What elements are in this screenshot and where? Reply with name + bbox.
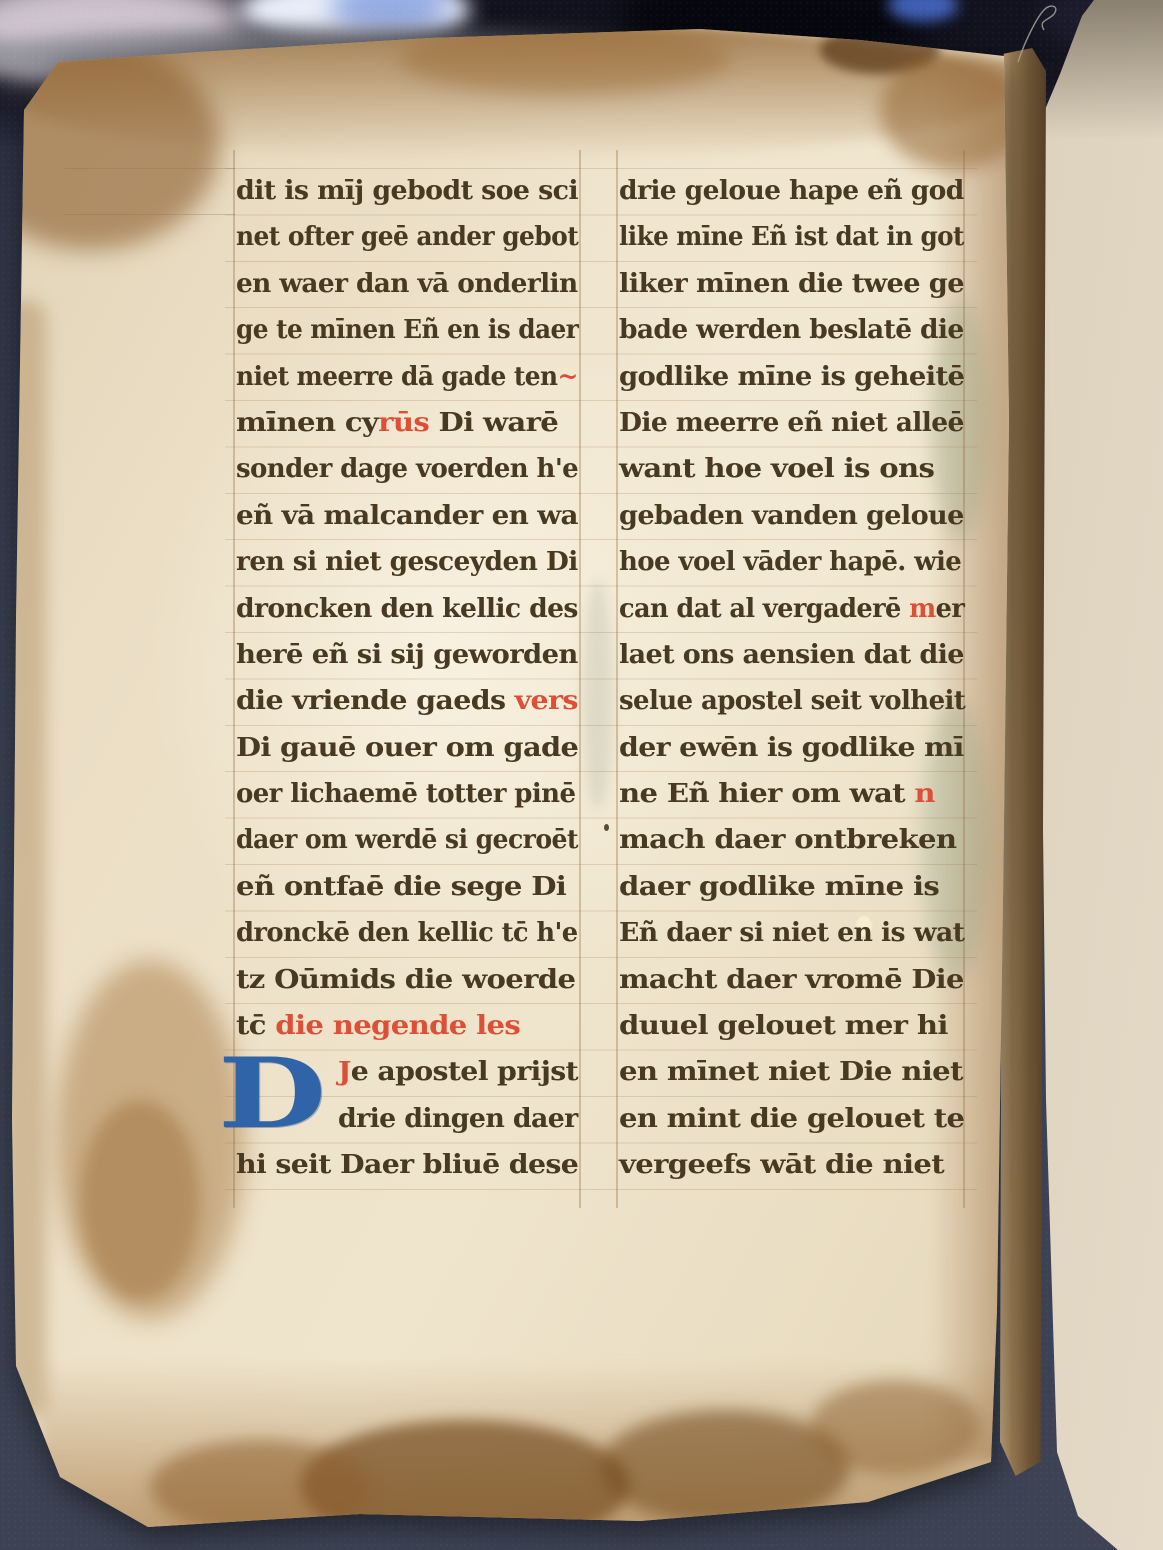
text-line: daer om werdē si gecroēt [236, 817, 578, 863]
text-line: sonder dage voerden h'e [236, 446, 578, 492]
text-line: dit is mīj gebodt soe sci [236, 168, 578, 214]
body-text: bade werden beslatē die [619, 315, 964, 345]
text-line: niet meerre dā gade ten~ [236, 354, 578, 400]
body-text: mīnen cy [236, 408, 378, 438]
rubric-text: vers [515, 686, 578, 716]
text-line: ge te mīnen Eñ en is daer [236, 307, 578, 353]
text-line: en waer dan vā onderlin [236, 261, 578, 307]
body-text: laet ons aensien dat die [619, 640, 964, 670]
body-text: eñ vā malcander en wa [236, 501, 578, 531]
body-text: hoe voel vāder hapē. wie [619, 547, 961, 577]
text-line: godlike mīne is geheitē [619, 354, 964, 400]
text-line: Di gauē ouer om gade [236, 725, 578, 771]
body-text: en mint die gelouet te [619, 1104, 964, 1134]
stain [810, 1380, 980, 1475]
text-line: ne Eñ hier om wat n [619, 771, 964, 817]
text-line: vergeefs wāt die niet [619, 1142, 964, 1188]
text-line: bade werden beslatē die [619, 307, 964, 353]
stain [150, 1440, 370, 1535]
text-line: daer godlike mīne is [619, 864, 964, 910]
body-text: en waer dan vā onderlin [236, 269, 578, 299]
body-text: dit is mīj gebodt soe sci [236, 176, 578, 206]
body-text: like mīne Eñ ist dat in got [619, 222, 964, 252]
text-line: Die meerre eñ niet alleē [619, 400, 964, 446]
text-line: die vriende gaeds vers [236, 678, 578, 724]
body-text: der ewēn is godlike mī [619, 733, 964, 763]
text-line: liker mīnen die twee ge [619, 261, 964, 307]
body-text: tz Oūmids die woerde [236, 965, 575, 995]
rubric-text: rūs [378, 408, 429, 438]
body-text: Di warē [429, 408, 558, 438]
body-text: hi seit Daer bliuē dese [236, 1150, 578, 1180]
stain [400, 24, 730, 94]
body-text: e apostel prijst [351, 1057, 578, 1087]
body-text: niet meerre dā gade ten [236, 362, 557, 392]
text-line: ren si niet gesceyden Di [236, 539, 578, 585]
body-text: drie dingen daer [338, 1104, 578, 1134]
text-line: mīnen cyrūs Di warē [236, 400, 578, 446]
rubric-text: m [909, 594, 936, 624]
body-text: want hoe voel is ons [619, 454, 934, 484]
text-line: mach daer ontbreken [619, 817, 964, 863]
stain [820, 26, 940, 74]
body-text: ne Eñ hier om wat [619, 779, 914, 809]
text-line: can dat al vergaderē mer [619, 586, 964, 632]
ruling-vertical [616, 150, 618, 1208]
body-text: macht daer vromē Die [619, 965, 964, 995]
body-text: Di gauē ouer om gade [236, 733, 578, 763]
stain [600, 1410, 850, 1525]
rubric-text: J [338, 1057, 351, 1087]
text-line: macht daer vromē Die [619, 957, 964, 1003]
stain [0, 40, 220, 250]
text-line: hoe voel vāder hapē. wie [619, 539, 964, 585]
body-text: selue apostel seit volheit [619, 686, 965, 716]
stain [40, 1360, 1020, 1540]
ruling-margin-extension [65, 214, 235, 215]
stain [55, 960, 245, 1320]
stain [583, 580, 613, 810]
body-text: mach daer ontbreken [619, 825, 956, 855]
text-line: want hoe voel is ons [619, 446, 964, 492]
text-line: like mīne Eñ ist dat in got [619, 214, 964, 260]
text-line: selue apostel seit volheit [619, 678, 964, 724]
text-line: duuel gelouet mer hi [619, 1003, 964, 1049]
body-text: drie geloue hape eñ god [619, 176, 964, 206]
manuscript-page: dit is mīj gebodt soe scinet ofter geē a… [0, 0, 1163, 1550]
body-text: duuel gelouet mer hi [619, 1011, 948, 1041]
text-line: eñ ontfaē die sege Di [236, 864, 578, 910]
rubric-text: n [914, 779, 935, 809]
body-text: daer om werdē si gecroēt [236, 825, 578, 855]
body-text: daer godlike mīne is [619, 872, 939, 902]
body-text: godlike mīne is geheitē [619, 362, 964, 392]
left-page-wrap: dit is mīj gebodt soe scinet ofter geē a… [0, 0, 1163, 1550]
text-line: droncken den kellic des [236, 586, 578, 632]
body-text: sonder dage voerden h'e [236, 454, 578, 484]
text-line: eñ vā malcander en wa [236, 493, 578, 539]
text-line: en mīnet niet Die niet [619, 1049, 964, 1095]
body-text: Eñ daer si niet en is wat [619, 918, 964, 948]
text-line: laet ons aensien dat die [619, 632, 964, 678]
body-text: droncken den kellic des [236, 594, 578, 624]
body-text: eñ ontfaē die sege Di [236, 872, 566, 902]
text-line: tz Oūmids die woerde [236, 957, 578, 1003]
body-text: can dat al vergaderē [619, 594, 909, 624]
body-text: liker mīnen die twee ge [619, 269, 964, 299]
body-text: herē eñ si sij geworden [236, 640, 578, 670]
body-text: gebaden vanden geloue [619, 501, 964, 531]
text-line: dronckē den kellic tc̄ h'e [236, 910, 578, 956]
body-text: vergeefs wāt die niet [619, 1150, 944, 1180]
body-text: net ofter geē ander gebot [236, 222, 578, 252]
ruling-vertical [579, 150, 581, 1208]
body-text: ge te mīnen Eñ en is daer [236, 315, 578, 345]
rubric-text: ~ [557, 362, 577, 392]
body-text: die vriende gaeds [236, 686, 515, 716]
stain [2, 300, 46, 1420]
manuscript-photo: dit is mīj gebodt soe scinet ofter geē a… [0, 0, 1163, 1550]
body-text: oer lichaemē totter pinē [236, 779, 575, 809]
ruling-margin-extension [65, 168, 235, 169]
body-text: dronckē den kellic tc̄ h'e [236, 918, 578, 948]
text-column-right: drie geloue hape eñ godlike mīne Eñ ist … [619, 168, 964, 1193]
text-line: oer lichaemē totter pinē [236, 771, 578, 817]
text-line: Eñ daer si niet en is wat [619, 910, 964, 956]
body-text: ren si niet gesceyden Di [236, 547, 578, 577]
stain [80, 1100, 200, 1300]
stain [0, 20, 1010, 160]
illuminated-initial: D [218, 1046, 326, 1142]
text-line: herē eñ si sij geworden [236, 632, 578, 678]
body-text: en mīnet niet Die niet [619, 1057, 963, 1087]
stain [880, 50, 1030, 170]
stain [300, 1420, 630, 1550]
body-text: Die meerre eñ niet alleē [619, 408, 964, 438]
text-line: gebaden vanden geloue [619, 493, 964, 539]
text-line: der ewēn is godlike mī [619, 725, 964, 771]
body-text: er [936, 594, 965, 624]
ink-speck [604, 824, 609, 831]
text-line: en mint die gelouet te [619, 1096, 964, 1142]
text-line: drie geloue hape eñ god [619, 168, 964, 214]
text-line: net ofter geē ander gebot [236, 214, 578, 260]
